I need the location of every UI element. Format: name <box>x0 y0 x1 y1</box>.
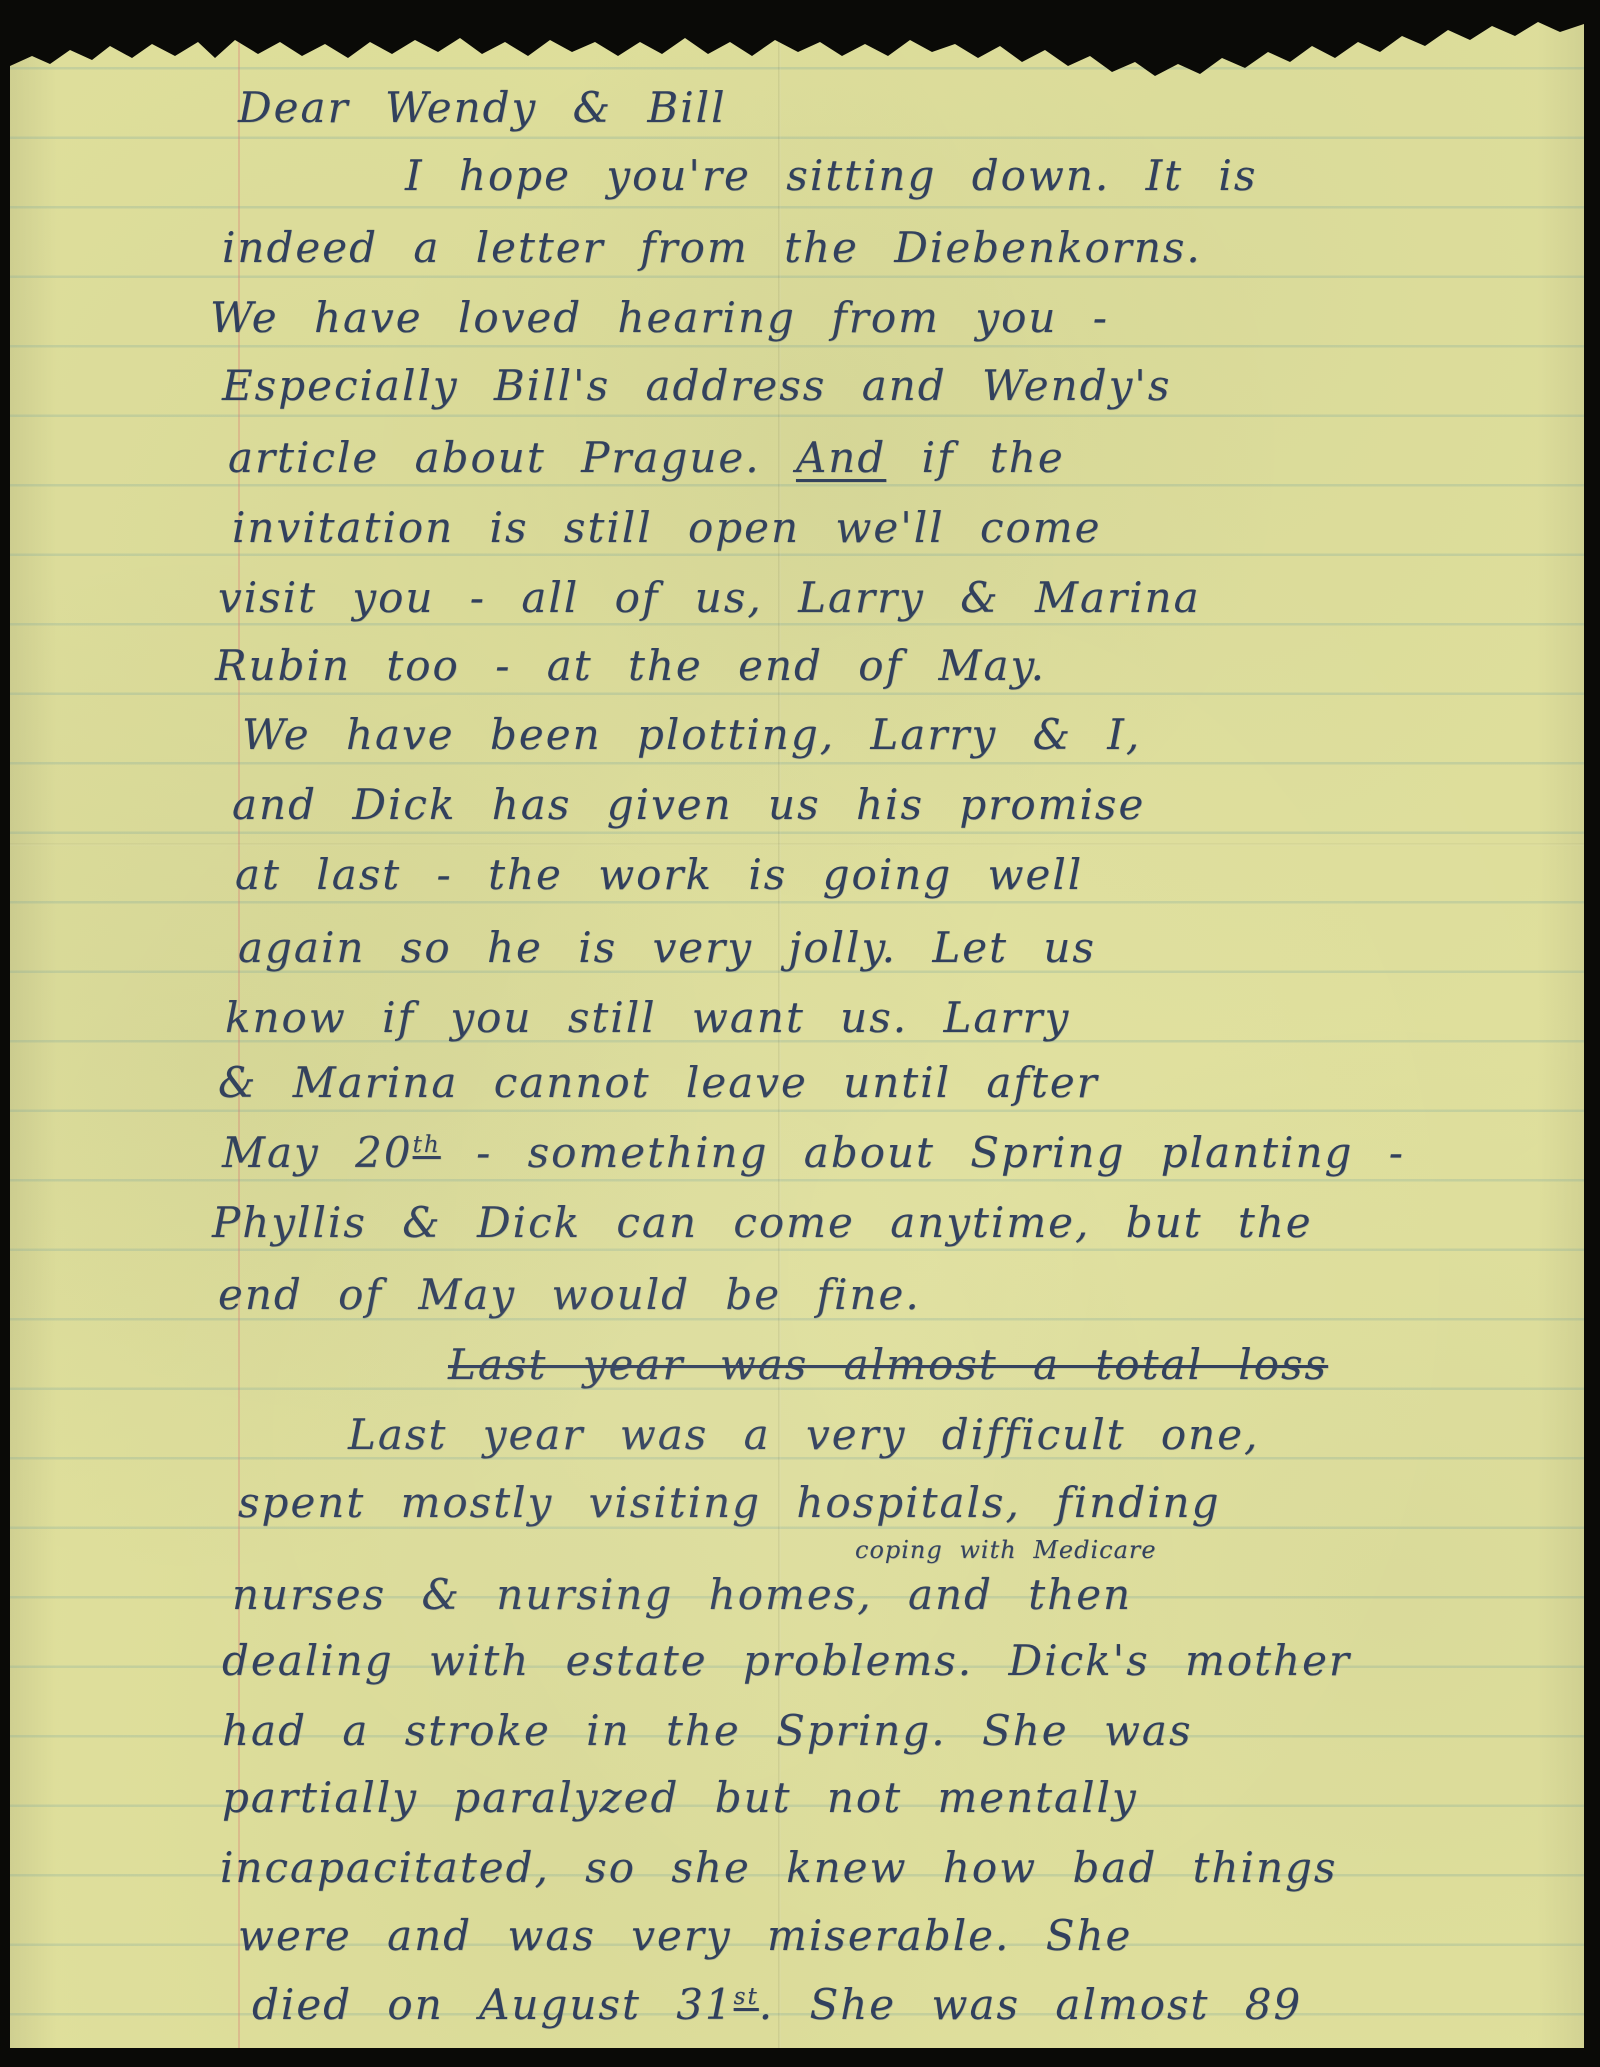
letter-text-segment: We have loved hearing from you - <box>210 293 1109 342</box>
letter-line: partially paralyzed but not mentally <box>222 1775 1138 1821</box>
letter-line: visit you - all of us, Larry & Marina <box>218 575 1201 621</box>
letter-line: nurses & nursing homes, and then <box>232 1572 1132 1618</box>
letter-line: Last year was a very difficult one, <box>348 1412 1259 1458</box>
letter-line: again so he is very jolly. Let us <box>238 925 1096 971</box>
letter-text-segment: died on August 31 <box>252 1980 734 2029</box>
letter-line: coping with Medicare <box>855 1537 1157 1563</box>
letter-line: We have loved hearing from you - <box>210 295 1109 341</box>
letter-line: were and was very miserable. She <box>238 1913 1132 1959</box>
letter-text-segment: incapacitated, so she knew how bad thing… <box>220 1843 1337 1892</box>
letter-text-segment: I hope you're sitting down. It is <box>405 151 1257 200</box>
letter-line: and Dick has given us his promise <box>232 782 1145 828</box>
letter-line: know if you still want us. Larry <box>225 995 1070 1041</box>
letter-line-struck-out: Last year was almost a total loss <box>448 1342 1328 1388</box>
letter-text-segment: Dear Wendy & Bill <box>238 83 727 132</box>
letter-text-segment: coping with Medicare <box>855 1536 1157 1564</box>
letter-text-segment: Last year was a very difficult one, <box>348 1410 1259 1459</box>
letter-text-segment: had a stroke in the Spring. She was <box>222 1706 1193 1755</box>
letter-text-segment: Especially Bill's address and Wendy's <box>222 361 1171 410</box>
letter-line: invitation is still open we'll come <box>232 505 1101 551</box>
letter-text-segment: indeed a letter from the Diebenkorns. <box>222 223 1202 272</box>
letter-line: incapacitated, so she knew how bad thing… <box>220 1845 1337 1891</box>
letter-text-segment: Phyllis & Dick can come anytime, but the <box>212 1198 1313 1247</box>
letter-line: indeed a letter from the Diebenkorns. <box>222 225 1202 271</box>
letter-line: May 20th - something about Spring planti… <box>222 1130 1405 1176</box>
letter-line: Rubin too - at the end of May. <box>215 643 1046 689</box>
letter-text-segment: if the <box>886 433 1064 482</box>
letter-line: Especially Bill's address and Wendy's <box>222 363 1171 409</box>
letter-line: Phyllis & Dick can come anytime, but the <box>212 1200 1313 1246</box>
letter-line: at last - the work is going well <box>235 852 1083 898</box>
letter-text-segment: - something about Spring planting - <box>441 1128 1405 1177</box>
letter-line: I hope you're sitting down. It is <box>405 153 1257 199</box>
letter-text-segment: spent mostly visiting hospitals, finding <box>238 1478 1220 1527</box>
letter-text-segment: Last year was almost a total loss <box>448 1340 1328 1389</box>
letter-text-segment: . She was almost 89 <box>759 1980 1302 2029</box>
letter-text-segment: th <box>413 1132 441 1158</box>
letter-text-segment: again so he is very jolly. Let us <box>238 923 1096 972</box>
letter-text-segment: know if you still want us. Larry <box>225 993 1070 1042</box>
letter-line: Dear Wendy & Bill <box>238 85 727 131</box>
letter-text-segment: nurses & nursing homes, and then <box>232 1570 1132 1619</box>
letter-text-segment: at last - the work is going well <box>235 850 1083 899</box>
letter-line: dealing with estate problems. Dick's mot… <box>222 1638 1351 1684</box>
letter-line: had a stroke in the Spring. She was <box>222 1708 1193 1754</box>
letter-text-segment: and Dick has given us his promise <box>232 780 1145 829</box>
letter-text-segment: dealing with estate problems. Dick's mot… <box>222 1636 1351 1685</box>
letter-text-segment: May 20 <box>222 1128 413 1177</box>
letter-line: died on August 31st. She was almost 89 <box>252 1982 1302 2028</box>
letter-text-segment: & Marina cannot leave until after <box>218 1058 1099 1107</box>
letter-line: article about Prague. And if the <box>228 435 1065 481</box>
letter-line: end of May would be fine. <box>218 1272 921 1318</box>
letter-text-segment: We have been plotting, Larry & I, <box>242 710 1141 759</box>
handwritten-letter-text: Dear Wendy & BillI hope you're sitting d… <box>10 0 1584 2048</box>
letter-paper: Dear Wendy & BillI hope you're sitting d… <box>10 0 1584 2048</box>
letter-photo: Dear Wendy & BillI hope you're sitting d… <box>0 0 1600 2067</box>
letter-text-segment: st <box>734 1984 759 2010</box>
letter-line: & Marina cannot leave until after <box>218 1060 1099 1106</box>
letter-text-segment: were and was very miserable. She <box>238 1911 1132 1960</box>
letter-text-segment: Rubin too - at the end of May. <box>215 641 1046 690</box>
letter-line: spent mostly visiting hospitals, finding <box>238 1480 1220 1526</box>
letter-text-segment: And <box>796 433 886 482</box>
letter-text-segment: partially paralyzed but not mentally <box>222 1773 1138 1822</box>
letter-text-segment: article about Prague. <box>228 433 796 482</box>
letter-line: We have been plotting, Larry & I, <box>242 712 1141 758</box>
letter-text-segment: end of May would be fine. <box>218 1270 921 1319</box>
letter-text-segment: visit you - all of us, Larry & Marina <box>218 573 1201 622</box>
letter-text-segment: invitation is still open we'll come <box>232 503 1101 552</box>
